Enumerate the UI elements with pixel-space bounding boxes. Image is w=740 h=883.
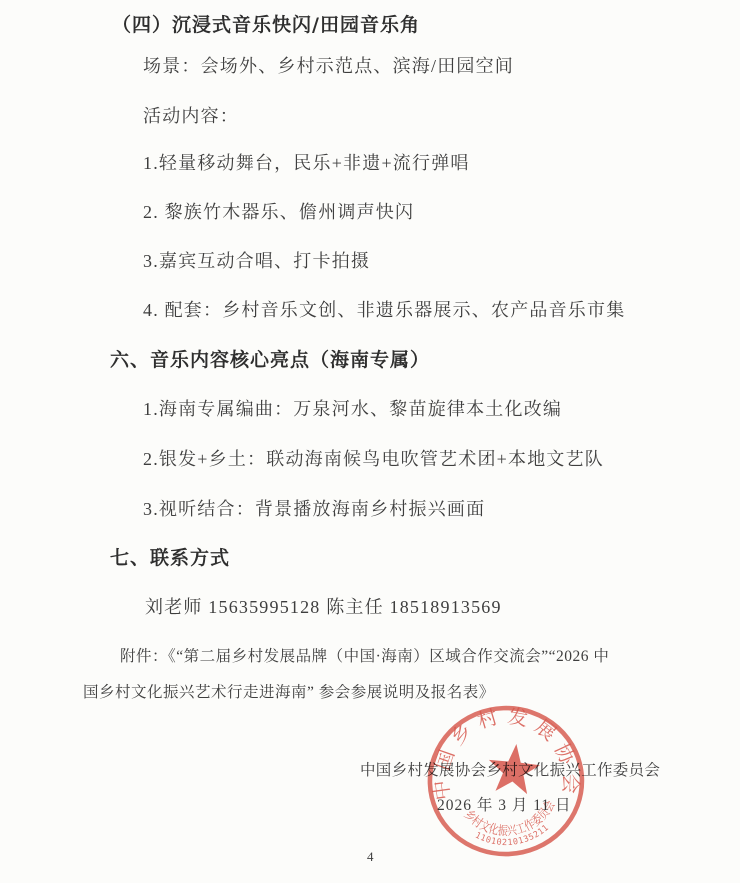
activity-item-3: 3.嘉宾互动合唱、打卡拍摄 (143, 251, 370, 273)
contact-line: 刘老师 15635995128 陈主任 18518913569 (145, 597, 502, 619)
scene-line: 场景：会场外、乡村示范点、滨海/田园空间 (143, 56, 514, 78)
activity-item-2: 2. 黎族竹木器乐、儋州调声快闪 (143, 202, 414, 224)
stamp-org-name-arc: 中国乡村发展协会 (426, 701, 584, 802)
highlight-item-3: 3.视听结合：背景播放海南乡村振兴画面 (143, 499, 485, 521)
section-heading-6: 六、音乐内容核心亮点（海南专属） (110, 349, 430, 372)
activity-item-4: 4. 配套：乡村音乐文创、非遗乐器展示、农产品音乐市集 (143, 300, 625, 322)
section-heading-4: （四）沉浸式音乐快闪/田园音乐角 (112, 14, 420, 37)
stamp-star-icon (486, 741, 542, 795)
official-stamp: 中国乡村发展协会 乡村文化振兴工作委员会 11010210135211 (423, 701, 592, 865)
page-number: 4 (367, 849, 374, 865)
activity-content-label: 活动内容： (143, 106, 239, 128)
activity-item-1: 1.轻量移动舞台，民乐+非遗+流行弹唱 (143, 153, 470, 175)
highlight-item-2: 2.银发+乡土：联动海南候鸟电吹管艺术团+本地文艺队 (143, 449, 604, 471)
attachment-line-1: 附件：《“第二届乡村发展品牌（中国·海南）区域合作交流会”“2026 中 (120, 648, 609, 667)
svg-text:中国乡村发展协会: 中国乡村发展协会 (426, 701, 584, 802)
attachment-line-2: 国乡村文化振兴艺术行走进海南” 参会参展说明及报名表》 (83, 684, 495, 703)
document-page: （四）沉浸式音乐快闪/田园音乐角 场景：会场外、乡村示范点、滨海/田园空间 活动… (0, 0, 740, 883)
section-heading-7: 七、联系方式 (110, 547, 230, 570)
highlight-item-1: 1.海南专属编曲：万泉河水、黎苗旋律本土化改编 (143, 399, 562, 421)
